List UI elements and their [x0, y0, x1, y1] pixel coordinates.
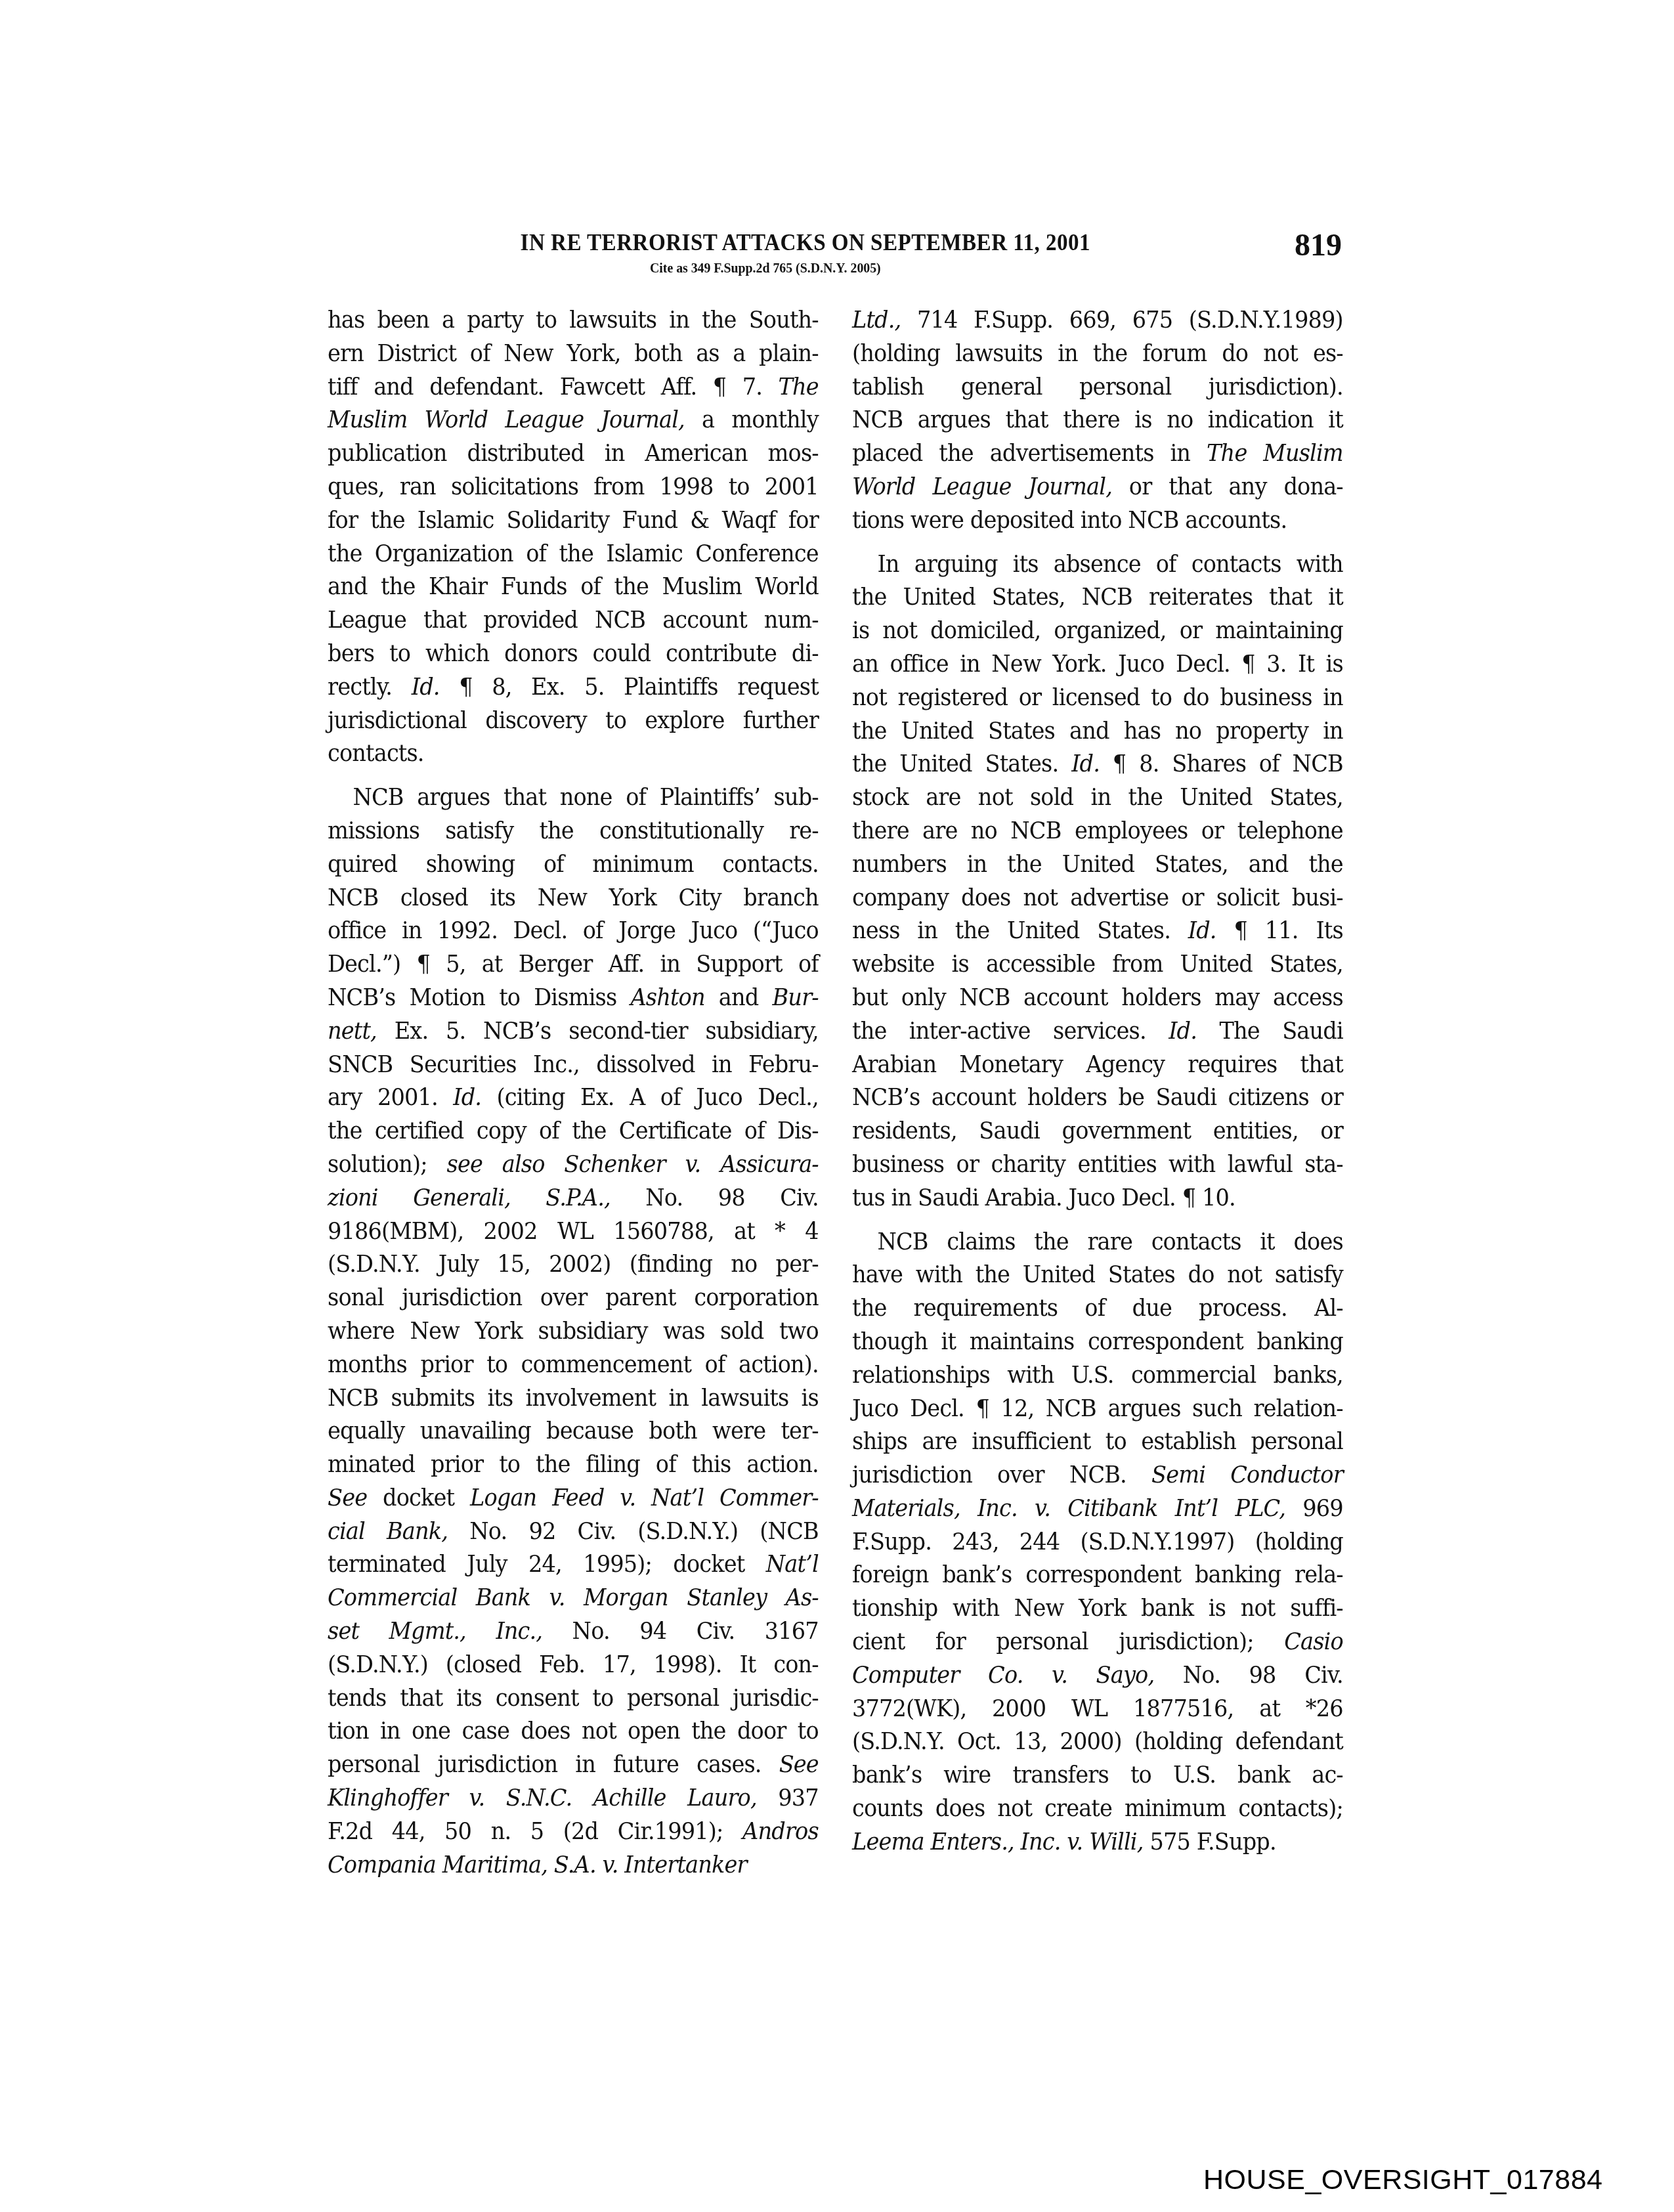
body-text: counts does not create minimum contacts)… [852, 1796, 1343, 1822]
italic-citation-text: Klinghoffer v. S.N.C. Achille Lauro, [328, 1785, 757, 1811]
body-text: 937 [757, 1785, 819, 1811]
italic-citation-text: Muslim World League Journal, [328, 407, 685, 433]
text-line: (S.D.N.Y. July 15, 2002) (finding no per… [328, 1248, 819, 1282]
text-line: In arguing its absence of contacts with [852, 548, 1343, 582]
text-line: SNCB Securities Inc., dissolved in Febru… [328, 1049, 819, 1082]
text-line: contacts. [328, 737, 819, 771]
paragraph: NCB claims the rare contacts it doeshave… [852, 1226, 1343, 1859]
italic-citation-text: Id. [453, 1085, 481, 1111]
text-line: placed the advertisements in The Muslim [852, 437, 1343, 471]
text-line: League that provided NCB account num- [328, 604, 819, 638]
text-line: Klinghoffer v. S.N.C. Achille Lauro, 937 [328, 1782, 819, 1815]
paragraph: In arguing its absence of contacts witht… [852, 548, 1343, 1215]
text-line: months prior to commencement of action). [328, 1349, 819, 1382]
text-line: 9186(MBM), 2002 WL 1560788, at * 4 [328, 1215, 819, 1249]
text-line: World League Journal, or that any dona- [852, 471, 1343, 504]
body-text: there are no NCB employees or telephone [852, 818, 1343, 844]
body-text: solution); [328, 1152, 447, 1178]
body-text: ques, ran solicitations from 1998 to 200… [328, 474, 819, 500]
body-text: though it maintains correspondent bankin… [852, 1329, 1343, 1355]
text-line: though it maintains correspondent bankin… [852, 1326, 1343, 1359]
body-text: No. 94 Civ. 3167 [542, 1618, 819, 1645]
text-line: there are no NCB employees or telephone [852, 815, 1343, 848]
text-line: website is accessible from United States… [852, 948, 1343, 982]
body-text: (citing Ex. A of Juco Decl., [481, 1085, 819, 1111]
text-line: foreign bank’s correspondent banking rel… [852, 1559, 1343, 1592]
body-text: 9186(MBM), 2002 WL 1560788, at * 4 [328, 1219, 819, 1245]
body-text: The Saudi [1197, 1018, 1343, 1045]
text-line: terminated July 24, 1995); docket Nat’l [328, 1548, 819, 1582]
body-text: NCB argues that none of Plaintiffs’ sub- [353, 785, 818, 811]
text-line: tiff and defendant. Fawcett Aff. ¶ 7. Th… [328, 371, 819, 404]
body-text: NCB claims the rare contacts it does [877, 1229, 1342, 1255]
text-line: zioni Generali, S.P.A., No. 98 Civ. [328, 1182, 819, 1215]
text-line: Juco Decl. ¶ 12, NCB argues such relatio… [852, 1393, 1343, 1426]
text-line: Computer Co. v. Sayo, No. 98 Civ. [852, 1659, 1343, 1693]
text-line: equally unavailing because both were ter… [328, 1415, 819, 1448]
body-text: No. 92 Civ. (S.D.N.Y.) (NCB [448, 1519, 819, 1545]
text-line: but only NCB account holders may access [852, 982, 1343, 1015]
body-text: Juco Decl. ¶ 12, NCB argues such relatio… [852, 1396, 1343, 1422]
body-text: League that provided NCB account num- [328, 607, 819, 634]
text-line: the certified copy of the Certificate of… [328, 1115, 819, 1148]
body-text: Arabian Monetary Agency requires that [852, 1052, 1343, 1078]
text-line: is not domiciled, organized, or maintain… [852, 615, 1343, 648]
italic-citation-text: Id. [1188, 918, 1216, 944]
body-text: NCB closed its New York City branch [328, 885, 819, 911]
body-text: ships are insufficient to establish pers… [852, 1429, 1343, 1455]
body-text: contacts. [328, 741, 424, 767]
text-line: the United States and has no property in [852, 715, 1343, 748]
body-text: company does not advertise or solicit bu… [852, 885, 1343, 911]
body-text: or that any dona- [1112, 474, 1343, 500]
body-text: 3772(WK), 2000 WL 1877516, at *26 [852, 1696, 1343, 1722]
body-text: In arguing its absence of contacts with [877, 552, 1342, 578]
body-text: No. 98 Civ. [1154, 1662, 1343, 1689]
body-text: office in 1992. Decl. of Jorge Juco (“Ju… [328, 918, 819, 944]
text-line: NCB’s Motion to Dismiss Ashton and Bur- [328, 982, 819, 1015]
italic-citation-text: Materials, Inc. v. Citibank Int’l PLC, [852, 1496, 1285, 1522]
text-line: the requirements of due process. Al- [852, 1292, 1343, 1326]
body-text: the certified copy of the Certificate of… [328, 1118, 819, 1144]
text-line: bers to which donors could contribute di… [328, 638, 819, 671]
italic-citation-text: Bur- [773, 985, 819, 1011]
body-text: the United States and has no property in [852, 718, 1343, 745]
italic-citation-text: Commercial Bank v. Morgan Stanley As- [328, 1585, 819, 1611]
text-line: the United States, NCB reiterates that i… [852, 581, 1343, 615]
body-text: SNCB Securities Inc., dissolved in Febru… [328, 1052, 819, 1078]
italic-citation-text: The Muslim [1207, 441, 1343, 467]
italic-citation-text: See [779, 1752, 819, 1778]
text-line: set Mgmt., Inc., No. 94 Civ. 3167 [328, 1615, 819, 1649]
body-text: the requirements of due process. Al- [852, 1295, 1343, 1322]
text-line: personal jurisdiction in future cases. S… [328, 1748, 819, 1782]
text-line: cial Bank, No. 92 Civ. (S.D.N.Y.) (NCB [328, 1515, 819, 1549]
text-line: solution); see also Schenker v. Assicura… [328, 1148, 819, 1182]
body-text: ary 2001. [328, 1085, 453, 1111]
text-line: NCB argues that none of Plaintiffs’ sub- [328, 781, 819, 815]
text-line: Decl.”) ¶ 5, at Berger Aff. in Support o… [328, 948, 819, 982]
right-column: Ltd., 714 F.Supp. 669, 675 (S.D.N.Y.1989… [852, 304, 1343, 1870]
body-text: where New York subsidiary was sold two [328, 1318, 819, 1345]
paragraph: NCB argues that none of Plaintiffs’ sub-… [328, 781, 819, 1882]
text-line: (holding lawsuits in the forum do not es… [852, 337, 1343, 371]
text-line: Ltd., 714 F.Supp. 669, 675 (S.D.N.Y.1989… [852, 304, 1343, 337]
text-line: company does not advertise or solicit bu… [852, 882, 1343, 915]
body-text: quired showing of minimum contacts. [328, 852, 819, 878]
text-line: See docket Logan Feed v. Nat’l Commer- [328, 1482, 819, 1515]
text-line: Arabian Monetary Agency requires that [852, 1049, 1343, 1082]
body-text: NCB’s account holders be Saudi citizens … [852, 1085, 1343, 1111]
text-line: relationships with U.S. commercial banks… [852, 1359, 1343, 1393]
text-line: tion in one case does not open the door … [328, 1715, 819, 1748]
running-title: IN RE TERRORIST ATTACKS ON SEPTEMBER 11,… [479, 228, 1132, 256]
text-line: the inter-active services. Id. The Saudi [852, 1015, 1343, 1049]
body-text: the United States, NCB reiterates that i… [852, 584, 1343, 611]
body-text: jurisdictional discovery to explore furt… [328, 708, 819, 734]
body-text: for the Islamic Solidarity Fund & Waqf f… [328, 508, 819, 534]
body-text: tends that its consent to personal juris… [328, 1685, 819, 1712]
body-text: ern District of New York, both as a plai… [328, 341, 819, 367]
body-text: the Organization of the Islamic Conferen… [328, 541, 819, 567]
italic-citation-text: Andros [742, 1819, 819, 1845]
text-line: jurisdiction over NCB. Semi Conductor [852, 1459, 1343, 1492]
italic-citation-text: Compania Maritima, S.A. v. Intertanker [328, 1852, 747, 1878]
text-line: 3772(WK), 2000 WL 1877516, at *26 [852, 1693, 1343, 1726]
body-text: (S.D.N.Y.) (closed Feb. 17, 1998). It co… [328, 1652, 819, 1678]
italic-citation-text: Leema Enters., Inc. v. Willi, [852, 1829, 1144, 1855]
body-text: 714 F.Supp. 669, 675 (S.D.N.Y.1989) [901, 307, 1342, 334]
italic-citation-text: See [328, 1485, 367, 1511]
text-line: tends that its consent to personal juris… [328, 1682, 819, 1716]
text-line: has been a party to lawsuits in the Sout… [328, 304, 819, 337]
text-line: office in 1992. Decl. of Jorge Juco (“Ju… [328, 915, 819, 948]
body-text: NCB’s Motion to Dismiss [328, 985, 630, 1011]
body-text: numbers in the United States, and the [852, 852, 1343, 878]
body-text: publication distributed in American mos- [328, 441, 819, 467]
italic-citation-text: Semi Conductor [1151, 1462, 1343, 1488]
text-line: NCB argues that there is no indication i… [852, 404, 1343, 437]
body-text: (S.D.N.Y. July 15, 2002) (finding no per… [328, 1251, 819, 1278]
text-line: the United States. Id. ¶ 8. Shares of NC… [852, 748, 1343, 781]
body-text: Ex. 5. NCB’s second-tier subsidiary, [377, 1018, 819, 1045]
text-line: Muslim World League Journal, a monthly [328, 404, 819, 437]
body-text: sonal jurisdiction over parent corporati… [328, 1285, 819, 1311]
body-text: F.Supp. 243, 244 (S.D.N.Y.1997) (holding [852, 1529, 1343, 1555]
text-line: for the Islamic Solidarity Fund & Waqf f… [328, 504, 819, 538]
italic-citation-text: Id. [412, 674, 440, 701]
text-line: Commercial Bank v. Morgan Stanley As- [328, 1582, 819, 1615]
left-column: has been a party to lawsuits in the Sout… [328, 304, 819, 1892]
body-text: bers to which donors could contribute di… [328, 641, 819, 667]
body-text: ¶ 8. Shares of NCB [1100, 751, 1343, 777]
body-text: have with the United States do not satis… [852, 1262, 1343, 1288]
body-text: tions were deposited into NCB accounts. [852, 508, 1287, 534]
body-text: rectly. [328, 674, 412, 701]
body-text: but only NCB account holders may access [852, 985, 1343, 1011]
text-line: tions were deposited into NCB accounts. [852, 504, 1343, 538]
text-line: nett, Ex. 5. NCB’s second-tier subsidiar… [328, 1015, 819, 1049]
text-line: NCB claims the rare contacts it does [852, 1226, 1343, 1259]
text-line: have with the United States do not satis… [852, 1259, 1343, 1292]
text-line: an office in New York. Juco Decl. ¶ 3. I… [852, 648, 1343, 682]
body-text: has been a party to lawsuits in the Sout… [328, 307, 819, 334]
text-line: sonal jurisdiction over parent corporati… [328, 1282, 819, 1315]
body-text: foreign bank’s correspondent banking rel… [852, 1562, 1343, 1588]
body-text: and the Khair Funds of the Muslim World [328, 574, 819, 600]
text-line: tus in Saudi Arabia. Juco Decl. ¶ 10. [852, 1182, 1343, 1215]
body-text: ness in the United States. [852, 918, 1188, 944]
italic-citation-text: Nat’l [766, 1551, 819, 1578]
body-text: and [705, 985, 773, 1011]
body-text: missions satisfy the constitutionally re… [328, 818, 819, 844]
body-text: terminated July 24, 1995); docket [328, 1551, 766, 1578]
page-number: 819 [1295, 227, 1342, 263]
body-text: ¶ 8, Ex. 5. Plaintiffs request [440, 674, 819, 701]
italic-citation-text: set Mgmt., Inc., [328, 1618, 542, 1645]
italic-citation-text: nett, [328, 1018, 377, 1045]
body-text: jurisdiction over NCB. [852, 1462, 1151, 1488]
italic-citation-text: zioni Generali, S.P.A., [328, 1185, 611, 1211]
body-text: tablish general personal jurisdiction). [852, 374, 1343, 401]
text-line: residents, Saudi government entities, or [852, 1115, 1343, 1148]
italic-citation-text: Id. [1169, 1018, 1197, 1045]
body-text: (S.D.N.Y. Oct. 13, 2000) (holding defend… [852, 1729, 1343, 1755]
text-line: business or charity entities with lawful… [852, 1148, 1343, 1182]
text-line: Compania Maritima, S.A. v. Intertanker [328, 1849, 819, 1882]
body-text: (holding lawsuits in the forum do not es… [852, 341, 1343, 367]
text-line: F.Supp. 243, 244 (S.D.N.Y.1997) (holding [852, 1526, 1343, 1559]
text-line: ness in the United States. Id. ¶ 11. Its [852, 915, 1343, 948]
italic-citation-text: see also Schenker v. Assicura- [447, 1152, 819, 1178]
italic-citation-text: Id. [1071, 751, 1100, 777]
body-text: placed the advertisements in [852, 441, 1207, 467]
body-text: personal jurisdiction in future cases. [328, 1752, 779, 1778]
body-text: ¶ 11. Its [1216, 918, 1343, 944]
body-text: equally unavailing because both were ter… [328, 1418, 819, 1444]
body-text: the United States. [852, 751, 1071, 777]
text-line: counts does not create minimum contacts)… [852, 1792, 1343, 1826]
italic-citation-text: Computer Co. v. Sayo, [852, 1662, 1154, 1689]
text-line: (S.D.N.Y.) (closed Feb. 17, 1998). It co… [328, 1649, 819, 1682]
body-text: tiff and defendant. Fawcett Aff. ¶ 7. [328, 374, 778, 401]
text-line: cient for personal jurisdiction); Casio [852, 1626, 1343, 1659]
body-text: months prior to commencement of action). [328, 1352, 819, 1378]
document-page: IN RE TERRORIST ATTACKS ON SEPTEMBER 11,… [0, 0, 1674, 2212]
text-line: not registered or licensed to do busines… [852, 682, 1343, 715]
text-line: publication distributed in American mos- [328, 437, 819, 471]
body-text: F.2d 44, 50 n. 5 (2d Cir.1991); [328, 1819, 742, 1845]
text-line: minated prior to the filing of this acti… [328, 1448, 819, 1482]
bates-number: HOUSE_OVERSIGHT_017884 [1203, 2164, 1603, 2196]
text-line: Leema Enters., Inc. v. Willi, 575 F.Supp… [852, 1826, 1343, 1859]
text-line: NCB closed its New York City branch [328, 882, 819, 915]
text-line: ques, ran solicitations from 1998 to 200… [328, 471, 819, 504]
body-text: is not domiciled, organized, or maintain… [852, 618, 1343, 644]
body-text: No. 98 Civ. [611, 1185, 819, 1211]
text-line: where New York subsidiary was sold two [328, 1315, 819, 1349]
body-text: an office in New York. Juco Decl. ¶ 3. I… [852, 651, 1343, 678]
text-line: F.2d 44, 50 n. 5 (2d Cir.1991); Andros [328, 1815, 819, 1849]
citation-line: Cite as 349 F.Supp.2d 765 (S.D.N.Y. 2005… [650, 259, 1004, 276]
text-line: quired showing of minimum contacts. [328, 848, 819, 882]
text-line: ern District of New York, both as a plai… [328, 337, 819, 371]
text-line: ships are insufficient to establish pers… [852, 1425, 1343, 1459]
body-text: NCB submits its involvement in lawsuits … [328, 1385, 819, 1412]
body-text: NCB argues that there is no indication i… [852, 407, 1343, 433]
paragraph: has been a party to lawsuits in the Sout… [328, 304, 819, 771]
text-line: jurisdictional discovery to explore furt… [328, 705, 819, 738]
text-line: numbers in the United States, and the [852, 848, 1343, 882]
body-text: relationships with U.S. commercial banks… [852, 1362, 1343, 1389]
body-text: minated prior to the filing of this acti… [328, 1452, 819, 1478]
body-text: 575 F.Supp. [1144, 1829, 1276, 1855]
body-text: tion in one case does not open the door … [328, 1718, 819, 1745]
text-line: rectly. Id. ¶ 8, Ex. 5. Plaintiffs reque… [328, 671, 819, 705]
italic-citation-text: cial Bank, [328, 1519, 448, 1545]
italic-citation-text: Ashton [630, 985, 704, 1011]
body-text: a monthly [685, 407, 819, 433]
text-line: tablish general personal jurisdiction). [852, 371, 1343, 404]
body-text: residents, Saudi government entities, or [852, 1118, 1343, 1144]
body-text: tionship with New York bank is not suffi… [852, 1595, 1343, 1622]
text-line: stock are not sold in the United States, [852, 781, 1343, 815]
body-text: business or charity entities with lawful… [852, 1152, 1343, 1178]
body-text: the inter-active services. [852, 1018, 1169, 1045]
body-text: stock are not sold in the United States, [852, 785, 1343, 811]
text-line: Materials, Inc. v. Citibank Int’l PLC, 9… [852, 1492, 1343, 1526]
body-text: Decl.”) ¶ 5, at Berger Aff. in Support o… [328, 951, 819, 978]
text-line: NCB’s account holders be Saudi citizens … [852, 1081, 1343, 1115]
body-text: 969 [1285, 1496, 1343, 1522]
body-text: tus in Saudi Arabia. Juco Decl. ¶ 10. [852, 1185, 1235, 1211]
body-text: website is accessible from United States… [852, 951, 1343, 978]
italic-citation-text: Casio [1284, 1629, 1343, 1655]
text-line: bank’s wire transfers to U.S. bank ac- [852, 1759, 1343, 1792]
body-text: not registered or licensed to do busines… [852, 685, 1343, 711]
text-line: NCB submits its involvement in lawsuits … [328, 1382, 819, 1416]
text-line: and the Khair Funds of the Muslim World [328, 571, 819, 604]
body-text: bank’s wire transfers to U.S. bank ac- [852, 1762, 1343, 1789]
italic-citation-text: Ltd., [852, 307, 901, 334]
text-line: tionship with New York bank is not suffi… [852, 1592, 1343, 1626]
text-line: ary 2001. Id. (citing Ex. A of Juco Decl… [328, 1081, 819, 1115]
body-text: docket [367, 1485, 470, 1511]
body-text: cient for personal jurisdiction); [852, 1629, 1284, 1655]
italic-citation-text: Logan Feed v. Nat’l Commer- [470, 1485, 819, 1511]
text-line: the Organization of the Islamic Conferen… [328, 538, 819, 571]
paragraph: Ltd., 714 F.Supp. 669, 675 (S.D.N.Y.1989… [852, 304, 1343, 538]
italic-citation-text: The [778, 374, 818, 401]
italic-citation-text: World League Journal, [852, 474, 1112, 500]
text-line: missions satisfy the constitutionally re… [328, 815, 819, 848]
text-line: (S.D.N.Y. Oct. 13, 2000) (holding defend… [852, 1725, 1343, 1759]
